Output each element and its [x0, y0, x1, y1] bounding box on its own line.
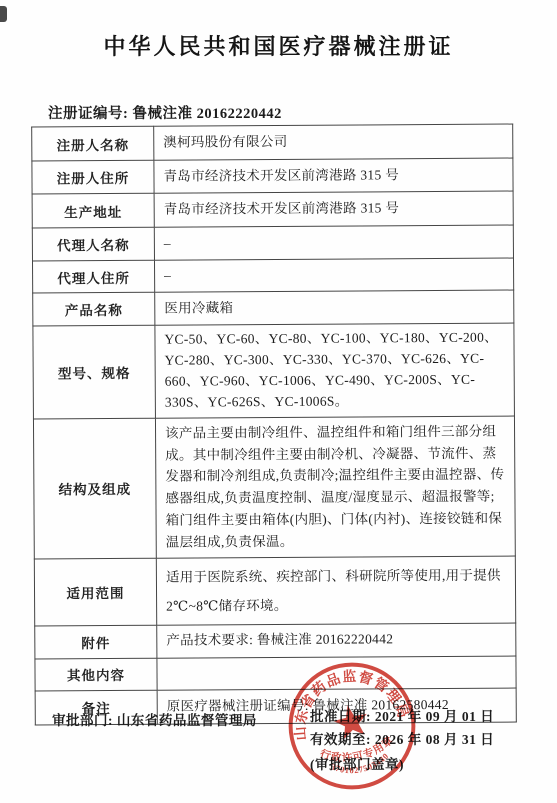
- row-value: YC-50、YC-60、YC-80、YC-100、YC-180、YC-200、Y…: [155, 323, 515, 418]
- registration-number-label: 注册证编号:: [48, 106, 128, 122]
- table-row: 适用范围 适用于医院系统、疾控部门、科研院所等使用,用于提供 2℃~8℃储存环境…: [34, 556, 515, 626]
- row-value: –: [154, 225, 513, 260]
- row-value: –: [154, 258, 513, 292]
- row-value: 适用于医院系统、疾控部门、科研院所等使用,用于提供 2℃~8℃储存环境。: [156, 556, 515, 625]
- certificate-table: 注册人名称 澳柯玛股份有限公司 注册人住所 青岛市经济技术开发区前湾港路 315…: [31, 124, 517, 726]
- table-row: 附件 产品技术要求: 鲁械注准 20162220442: [35, 623, 516, 659]
- row-label: 其他内容: [35, 658, 157, 691]
- row-value: 青岛市经济技术开发区前湾港路 315 号: [154, 158, 513, 193]
- approval-department-label: 审批部门:: [52, 713, 113, 728]
- table-row: 代理人名称 –: [32, 225, 513, 261]
- row-label: 适用范围: [34, 558, 156, 626]
- row-label: 代理人住所: [32, 260, 154, 293]
- approval-department-value: 山东省药品监督管理局: [117, 713, 257, 728]
- row-label: 附件: [35, 625, 157, 659]
- registration-number-line: 注册证编号: 鲁械注准 20162220442: [48, 102, 282, 123]
- table-row: 注册人住所 青岛市经济技术开发区前湾港路 315 号: [32, 158, 513, 194]
- table-row: 型号、规格 YC-50、YC-60、YC-80、YC-100、YC-180、YC…: [33, 323, 515, 419]
- registration-number-value: 鲁械注准 20162220442: [132, 106, 281, 122]
- row-value: 该产品主要由制冷组件、温控组件和箱门组件三部分组成。其中制冷组件主要由制冷机、冷…: [155, 416, 515, 558]
- row-label: 注册人名称: [32, 126, 154, 161]
- seal-star-icon: [331, 702, 371, 741]
- row-value: 产品技术要求: 鲁械注准 20162220442: [157, 623, 516, 658]
- row-label: 产品名称: [33, 292, 155, 326]
- certificate-page: 中华人民共和国医疗器械注册证 注册证编号: 鲁械注准 20162220442 注…: [0, 0, 557, 803]
- row-value: 青岛市经济技术开发区前湾港路 315 号: [154, 191, 513, 227]
- row-label: 代理人名称: [32, 227, 154, 261]
- page-title: 中华人民共和国医疗器械注册证: [0, 30, 557, 61]
- row-value: 澳柯玛股份有限公司: [154, 124, 513, 160]
- table-row: 产品名称 医用冷藏箱: [33, 290, 514, 326]
- row-value: 医用冷藏箱: [155, 290, 514, 325]
- official-seal: 山东省药品监督管理局 行政许可专用章 3701027503440: [274, 648, 431, 803]
- row-label: 结构及组成: [33, 418, 156, 559]
- row-label: 注册人住所: [32, 160, 154, 194]
- approval-department-line: 审批部门: 山东省药品监督管理局: [52, 709, 257, 729]
- table-row: 生产地址 青岛市经济技术开发区前湾港路 315 号: [32, 191, 513, 228]
- table-row: 代理人住所 –: [32, 258, 513, 293]
- table-row: 注册人名称 澳柯玛股份有限公司: [32, 124, 513, 161]
- row-label: 生产地址: [32, 193, 154, 228]
- scan-artifact: [0, 6, 7, 22]
- row-label: 型号、规格: [33, 325, 156, 418]
- table-row: 结构及组成 该产品主要由制冷组件、温控组件和箱门组件三部分组成。其中制冷组件主要…: [33, 416, 515, 559]
